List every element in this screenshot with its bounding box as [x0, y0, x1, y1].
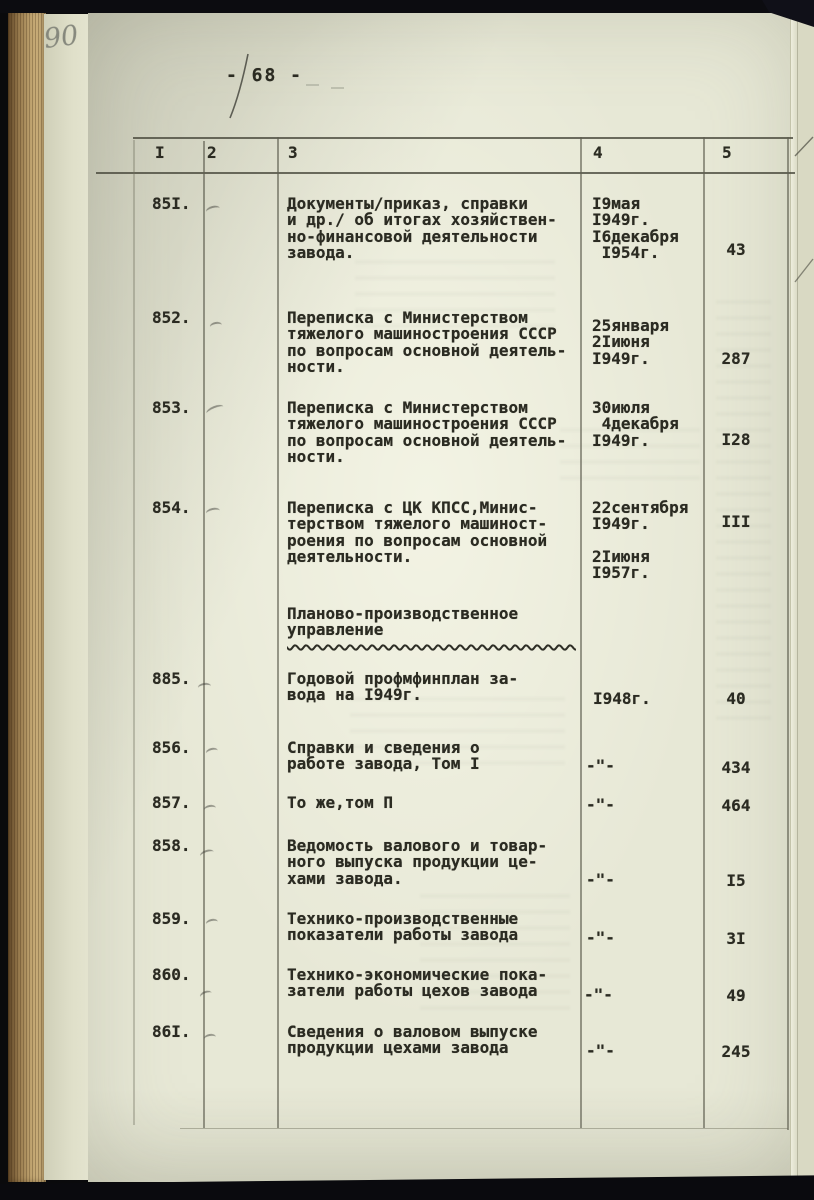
row-dates: -"-	[586, 797, 615, 813]
row-description: То же,том П	[287, 795, 393, 811]
column-header: I	[155, 145, 165, 161]
table-rule-col2-col3	[277, 137, 279, 1128]
row-sheet-count: 3I	[700, 931, 772, 947]
row-description: Годовой профмфинплан за- вода на I949г.	[287, 671, 518, 704]
row-description: Документы/приказ, справки и др./ об итог…	[287, 196, 557, 261]
table-rule-top	[133, 137, 793, 139]
row-sheet-count: 245	[700, 1044, 772, 1060]
under-page-edge	[44, 14, 91, 1180]
row-dates: I948г.	[593, 691, 651, 707]
row-description: Переписка с Министерством тяжелого машин…	[287, 310, 566, 375]
row-number: 856.	[152, 740, 191, 756]
book-page-stack-edge	[8, 10, 46, 1182]
row-dates: -"-	[586, 872, 615, 888]
wavy-underline	[287, 628, 576, 647]
row-number: 85I.	[152, 196, 191, 212]
row-number: 854.	[152, 500, 191, 516]
row-dates: 30июля 4декабря I949г.	[592, 400, 679, 449]
row-number: 859.	[152, 911, 191, 927]
row-dates: 22сентября I949г. 2Iиюня I957г.	[592, 500, 688, 581]
column-header: 4	[593, 145, 603, 161]
row-description: Технико-производственные показатели рабо…	[287, 911, 518, 944]
row-number: 86I.	[152, 1024, 191, 1040]
row-dates: -"-	[586, 1043, 615, 1059]
row-number: 885.	[152, 671, 191, 687]
row-description: Переписка с Министерством тяжелого машин…	[287, 400, 566, 465]
row-sheet-count: I5	[700, 873, 772, 889]
row-sheet-count: 49	[700, 988, 772, 1004]
column-header: 5	[722, 145, 732, 161]
table-rule-header-bottom	[96, 172, 795, 174]
pencil-folio-number: 90	[42, 20, 80, 55]
row-number: 858.	[152, 838, 191, 854]
row-sheet-count: 287	[700, 351, 772, 367]
row-sheet-count: 434	[700, 760, 772, 776]
row-description: Технико-экономические пока- затели работ…	[287, 967, 547, 1000]
row-dates: -"-	[584, 987, 613, 1003]
table-rule-bottom	[180, 1128, 788, 1129]
row-description: Переписка с ЦК КПСС,Минис- терством тяже…	[287, 500, 547, 565]
archival-page-scan: 90 - 68 - I234585I.Документы/приказ, спр…	[0, 0, 814, 1200]
column-header: 2	[207, 145, 217, 161]
table-rule-col4-col5	[703, 137, 705, 1128]
next-page-edge	[797, 8, 814, 1188]
row-description: Ведомость валового и товар- ного выпуска…	[287, 838, 547, 887]
row-description: Сведения о валовом выпуске продукции цех…	[287, 1024, 537, 1057]
row-sheet-count: III	[700, 514, 772, 530]
row-number: 860.	[152, 967, 191, 983]
row-description: Справки и сведения о работе завода, Том …	[287, 740, 480, 773]
row-number: 853.	[152, 400, 191, 416]
table-rule-left	[133, 140, 135, 1125]
table-rule-col3-col4	[580, 137, 582, 1128]
page-number: - 68 -	[226, 68, 303, 84]
table-rule-right	[787, 137, 789, 1130]
row-dates: -"-	[586, 758, 615, 774]
column-header: 3	[288, 145, 298, 161]
row-dates: 25января 2Iиюня I949г.	[592, 318, 669, 367]
row-sheet-count: 43	[700, 242, 772, 258]
row-number: 857.	[152, 795, 191, 811]
row-sheet-count: I28	[700, 432, 772, 448]
row-dates: I9мая I949г. I6декабря I954г.	[592, 196, 679, 261]
table-rule-col1-col2	[203, 141, 205, 1128]
row-number: 852.	[152, 310, 191, 326]
row-sheet-count: 464	[700, 798, 772, 814]
photo-background-top	[0, 0, 814, 13]
row-dates: -"-	[586, 930, 615, 946]
row-sheet-count: 40	[700, 691, 772, 707]
